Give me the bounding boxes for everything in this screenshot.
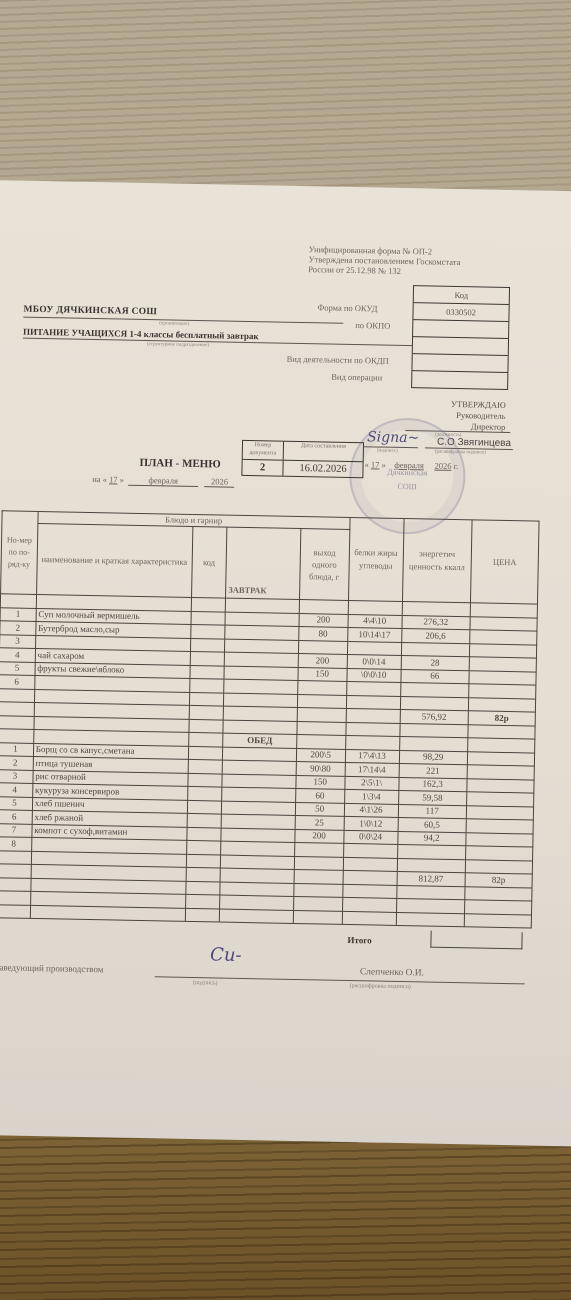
dish-extra: [221, 814, 295, 829]
okud-code-value: 0330502: [413, 303, 508, 322]
row-number: 7: [0, 823, 32, 837]
production-manager-name: Слепченко О.И.: [360, 967, 424, 978]
doc-number-value: 2: [242, 460, 283, 476]
form-reference: Унифицированная форма № ОП-2 Утверждена …: [308, 244, 460, 277]
dish-kcal: 162,3: [398, 777, 466, 792]
row-number: 6: [0, 810, 32, 824]
dish-yield: 60: [295, 788, 344, 802]
dish-extra: [222, 801, 296, 816]
dish-price: [467, 765, 534, 780]
wooden-table-surface: [0, 1130, 571, 1300]
dish-extra: [225, 639, 299, 654]
dish-yield: 200\5: [296, 748, 345, 762]
document-number-box: Номер документа Дата составления 2 16.02…: [241, 440, 364, 478]
stamp-line-2: СОШ: [351, 481, 463, 492]
dish-price: [469, 670, 536, 685]
dish-code: [188, 746, 223, 760]
dish-extra: [223, 747, 297, 762]
menu-document: Унифицированная форма № ОП-2 Утверждена …: [0, 180, 571, 1146]
dish-bju: 4\1\26: [344, 803, 398, 818]
doc-date-value: 16.02.2026: [283, 461, 362, 478]
header-number: Но-мер по по-ряд-ку: [1, 511, 38, 595]
dish-bju: 1\3\4: [344, 789, 398, 804]
dish-code: [188, 759, 223, 773]
dish-code: [187, 813, 222, 827]
dish-code: [186, 827, 221, 841]
dish-bju: [343, 843, 397, 858]
dish-bju: 4\4\10: [347, 614, 401, 629]
division-code-value: [413, 337, 508, 356]
stamp-line-1: Дячкинская: [351, 467, 463, 478]
dish-code: [189, 678, 224, 692]
row-number: 4: [0, 783, 33, 797]
footer-name-caption: (расшифровка подписи): [350, 983, 411, 990]
dish-kcal: 117: [398, 804, 466, 819]
dish-extra: [221, 841, 295, 856]
dish-price: [466, 819, 533, 834]
dish-code: [190, 624, 225, 638]
code-box: Код 0330502: [411, 285, 510, 390]
dish-extra: [222, 760, 296, 775]
row-number: 2: [0, 756, 33, 770]
organization-caption: (организация): [159, 321, 189, 327]
dish-price: [469, 657, 536, 672]
header-energy: энергетич ценность ккалл: [402, 519, 472, 603]
dish-bju: 10\14\17: [347, 627, 401, 642]
document-title: ПЛАН - МЕНЮ: [139, 457, 220, 471]
lunch-total-kcal: 812,87: [397, 871, 465, 886]
menu-for-date: на « 17 » февраля 2026: [92, 474, 235, 488]
dish-bju: 2\5\1\: [344, 776, 398, 791]
dish-extra: [221, 828, 295, 843]
menu-table: Но-мер по по-ряд-ку Блюдо и гарнир белки…: [0, 510, 540, 928]
lunch-rows: 1Борщ со св капус,сметана200\517\4\1398,…: [0, 742, 535, 860]
dish-code: [186, 840, 221, 854]
row-number: 2: [0, 621, 36, 635]
row-number: 6: [0, 675, 35, 689]
dish-kcal: 28: [401, 655, 469, 670]
dish-code: [190, 651, 225, 665]
dish-kcal: 206,6: [401, 628, 469, 643]
dish-kcal: [401, 642, 469, 657]
division-caption: (структурное подразделение): [147, 342, 209, 348]
header-code: код: [191, 526, 227, 598]
dish-extra: [224, 666, 298, 681]
breakfast-total-kcal: 576,92: [400, 709, 468, 724]
row-number: 3: [0, 769, 33, 783]
dish-extra: [224, 652, 298, 667]
dish-price: [467, 751, 534, 766]
production-manager-signature: Cu-: [210, 944, 242, 966]
for-year: 2026: [204, 476, 234, 488]
dish-bju: 1\0\12: [344, 816, 398, 831]
footer-signature-caption: (подпись): [193, 980, 218, 986]
dish-yield: [298, 640, 347, 654]
header-yield: выход одного блюда, г: [299, 529, 349, 601]
lunch-section-title: ОБЕД: [223, 733, 297, 748]
grand-total-label: Итого: [347, 935, 371, 945]
header-name: наименование и краткая характеристика: [36, 523, 192, 597]
dish-yield: 90\80: [296, 761, 345, 775]
breakfast-price: 82р: [468, 711, 535, 726]
lunch-price: 82р: [465, 873, 532, 888]
dish-extra: [225, 612, 299, 627]
dish-yield: 150: [298, 667, 347, 681]
dish-kcal: 221: [399, 763, 467, 778]
okud-label: Форма по ОКУД: [318, 302, 378, 313]
operation-label: Вид операции: [331, 372, 382, 383]
breakfast-section-title: ЗАВТРАК: [226, 527, 301, 599]
okpo-label: по ОКПО: [355, 320, 390, 331]
dish-extra: [225, 625, 299, 640]
row-number: 3: [0, 634, 35, 648]
row-number: 5: [0, 661, 35, 675]
dish-price: [470, 616, 537, 631]
dish-yield: 80: [299, 627, 348, 641]
row-number: 1: [0, 742, 33, 756]
dish-kcal: [397, 844, 465, 859]
operation-code-value: [412, 371, 507, 389]
dish-yield: 200: [298, 654, 347, 668]
code-header: Код: [414, 286, 509, 305]
organization-name: МБОУ ДЯЧКИНСКАЯ СОШ: [23, 305, 157, 318]
dish-price: [467, 778, 534, 793]
dish-yield: 150: [296, 775, 345, 789]
dish-code: [187, 800, 222, 814]
header-price: ЦЕНА: [470, 520, 539, 604]
dish-code: [189, 665, 224, 679]
dish-yield: 25: [295, 815, 344, 829]
row-number: 8: [0, 837, 32, 851]
dish-price: [469, 643, 536, 658]
dish-price: [466, 805, 533, 820]
dish-extra: [224, 679, 298, 694]
okdp-code-value: [412, 354, 507, 373]
dish-bju: [346, 681, 400, 696]
okdp-label: Вид деятельности по ОКДП: [287, 354, 389, 366]
dish-bju: \0\0\10: [346, 668, 400, 683]
dish-kcal: [400, 682, 468, 697]
dish-bju: 17\4\13: [345, 749, 399, 764]
breakfast-rows: 1Суп молочный вермишель2004\4\10276,322Б…: [0, 607, 537, 698]
dish-bju: 17\14\4: [345, 762, 399, 777]
dish-extra: [222, 774, 296, 789]
dish-kcal: 66: [401, 669, 469, 684]
row-number: 4: [0, 648, 35, 662]
doc-number-label: Номер документа: [243, 441, 284, 460]
production-manager-role: Заведующий производством: [0, 962, 103, 974]
dish-price: [470, 630, 537, 645]
header-bju: белки жиры углеводы: [348, 517, 404, 601]
doc-date-label: Дата составления: [284, 442, 363, 462]
dish-price: [465, 846, 532, 861]
dish-price: [466, 832, 533, 847]
dish-code: [187, 786, 222, 800]
dish-yield: [297, 680, 346, 694]
dish-yield: [294, 842, 343, 856]
dish-bju: 0\0\14: [347, 654, 401, 669]
dish-kcal: 60,5: [398, 817, 466, 832]
okpo-code-value: [413, 320, 508, 339]
dish-kcal: 276,32: [402, 615, 470, 630]
dish-code: [190, 638, 225, 652]
dish-code: [187, 773, 222, 787]
for-month: февраля: [128, 475, 198, 487]
dish-yield: 200: [299, 613, 348, 627]
dish-extra: [222, 787, 296, 802]
dish-bju: [347, 641, 401, 656]
dish-kcal: 59,58: [398, 790, 466, 805]
dish-yield: 50: [295, 802, 344, 816]
dish-code: [191, 611, 226, 625]
dish-bju: 0\0\24: [343, 830, 397, 845]
dish-kcal: 98,29: [399, 750, 467, 765]
row-number: 1: [0, 607, 36, 621]
for-day: 17: [109, 474, 118, 484]
for-prefix: на: [92, 474, 101, 484]
grand-total-box: [430, 931, 522, 950]
row-number: 5: [0, 796, 32, 810]
dish-price: [466, 792, 533, 807]
dish-kcal: 94,2: [397, 831, 465, 846]
dish-price: [468, 684, 535, 699]
dish-yield: 200: [295, 829, 344, 843]
